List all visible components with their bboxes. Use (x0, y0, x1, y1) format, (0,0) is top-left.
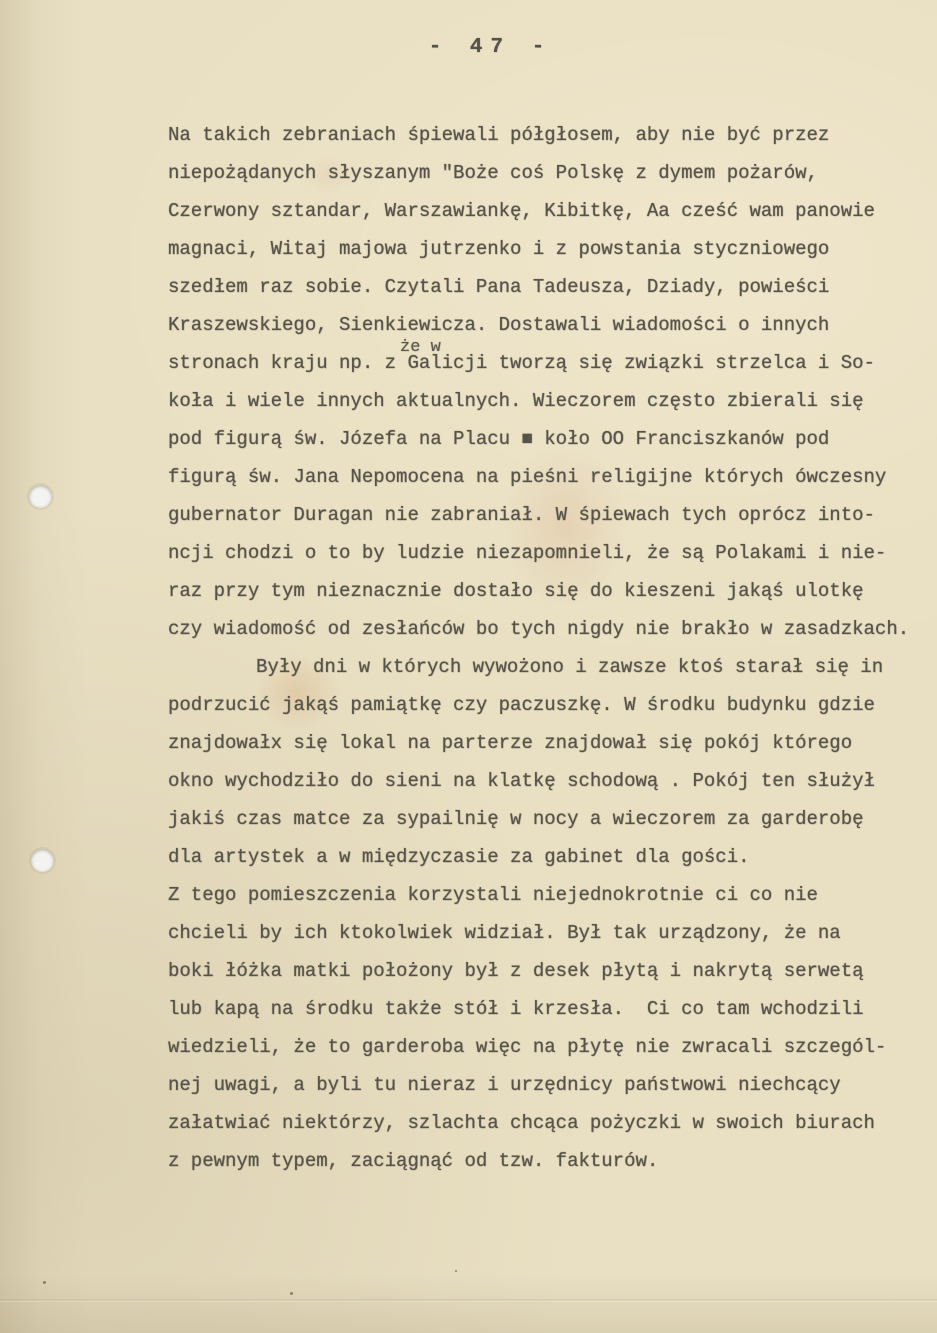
page-number: - 47 - (22, 36, 937, 59)
text-line: okno wychodziło do sieni na klatkę schod… (168, 770, 928, 808)
punch-hole-bottom (31, 849, 54, 872)
text-line: znajdowałx się lokal na parterze znajdow… (168, 732, 928, 770)
text-line: Na takich zebraniach śpiewali półgłosem,… (168, 124, 928, 162)
text-line: z pewnym typem, zaciągnąć od tzw. faktur… (168, 1150, 928, 1188)
text-line: niepożądanych słyszanym "Boże coś Polskę… (168, 162, 928, 200)
paper-speck (455, 1270, 457, 1272)
paper-speck (43, 1281, 46, 1284)
text-line-paragraph-start: Były dni w których wywożono i zawsze kto… (168, 656, 928, 694)
text-line: koła i wiele innych aktualnych. Wieczore… (168, 390, 928, 428)
text-line: pod figurą św. Józefa na Placu ■ koło OO… (168, 428, 928, 466)
text-line: figurą św. Jana Nepomocena na pieśni rel… (168, 466, 928, 504)
typewritten-text: Na takich zebraniach śpiewali półgłosem,… (168, 124, 928, 1188)
text-line: dla artystek a w międzyczasie za gabinet… (168, 846, 928, 884)
text-line: boki łóżka matki położony był z desek pł… (168, 960, 928, 998)
text-line: Czerwony sztandar, Warszawiankę, Kibitkę… (168, 200, 928, 238)
text-line: wiedzieli, że to garderoba więc na płytę… (168, 1036, 928, 1074)
text-line: nej uwagi, a byli tu nieraz i urzędnicy … (168, 1074, 928, 1112)
text-line: Z tego pomieszczenia korzystali niejedno… (168, 884, 928, 922)
text-line: gubernator Duragan nie zabraniał. W śpie… (168, 504, 928, 542)
text-line: Kraszewskiego, Sienkiewicza. Dostawali w… (168, 314, 928, 352)
punch-hole-top (29, 485, 52, 508)
document-page: - 47 - że w Na takich zebraniach śpiewal… (0, 0, 937, 1333)
text-line: załatwiać niektórzy, szlachta chcąca poż… (168, 1112, 928, 1150)
paper-speck (290, 1292, 293, 1295)
text-line: podrzucić jakąś pamiątkę czy paczuszkę. … (168, 694, 928, 732)
text-line: lub kapą na środku także stół i krzesła.… (168, 998, 928, 1036)
text-line: stronach kraju np. z Galicji tworzą się … (168, 352, 928, 390)
text-line: jakiś czas matce za sypailnię w nocy a w… (168, 808, 928, 846)
text-line: szedłem raz sobie. Czytali Pana Tadeusza… (168, 276, 928, 314)
text-line: magnaci, Witaj majowa jutrzenko i z pows… (168, 238, 928, 276)
paper-crease (0, 1299, 937, 1302)
text-line: czy wiadomość od zesłańców bo tych nigdy… (168, 618, 928, 656)
text-line: chcieli by ich ktokolwiek widział. Był t… (168, 922, 928, 960)
text-line: raz przy tym nieznacznie dostało się do … (168, 580, 928, 618)
text-line: ncji chodzi o to by ludzie niezapomnieli… (168, 542, 928, 580)
